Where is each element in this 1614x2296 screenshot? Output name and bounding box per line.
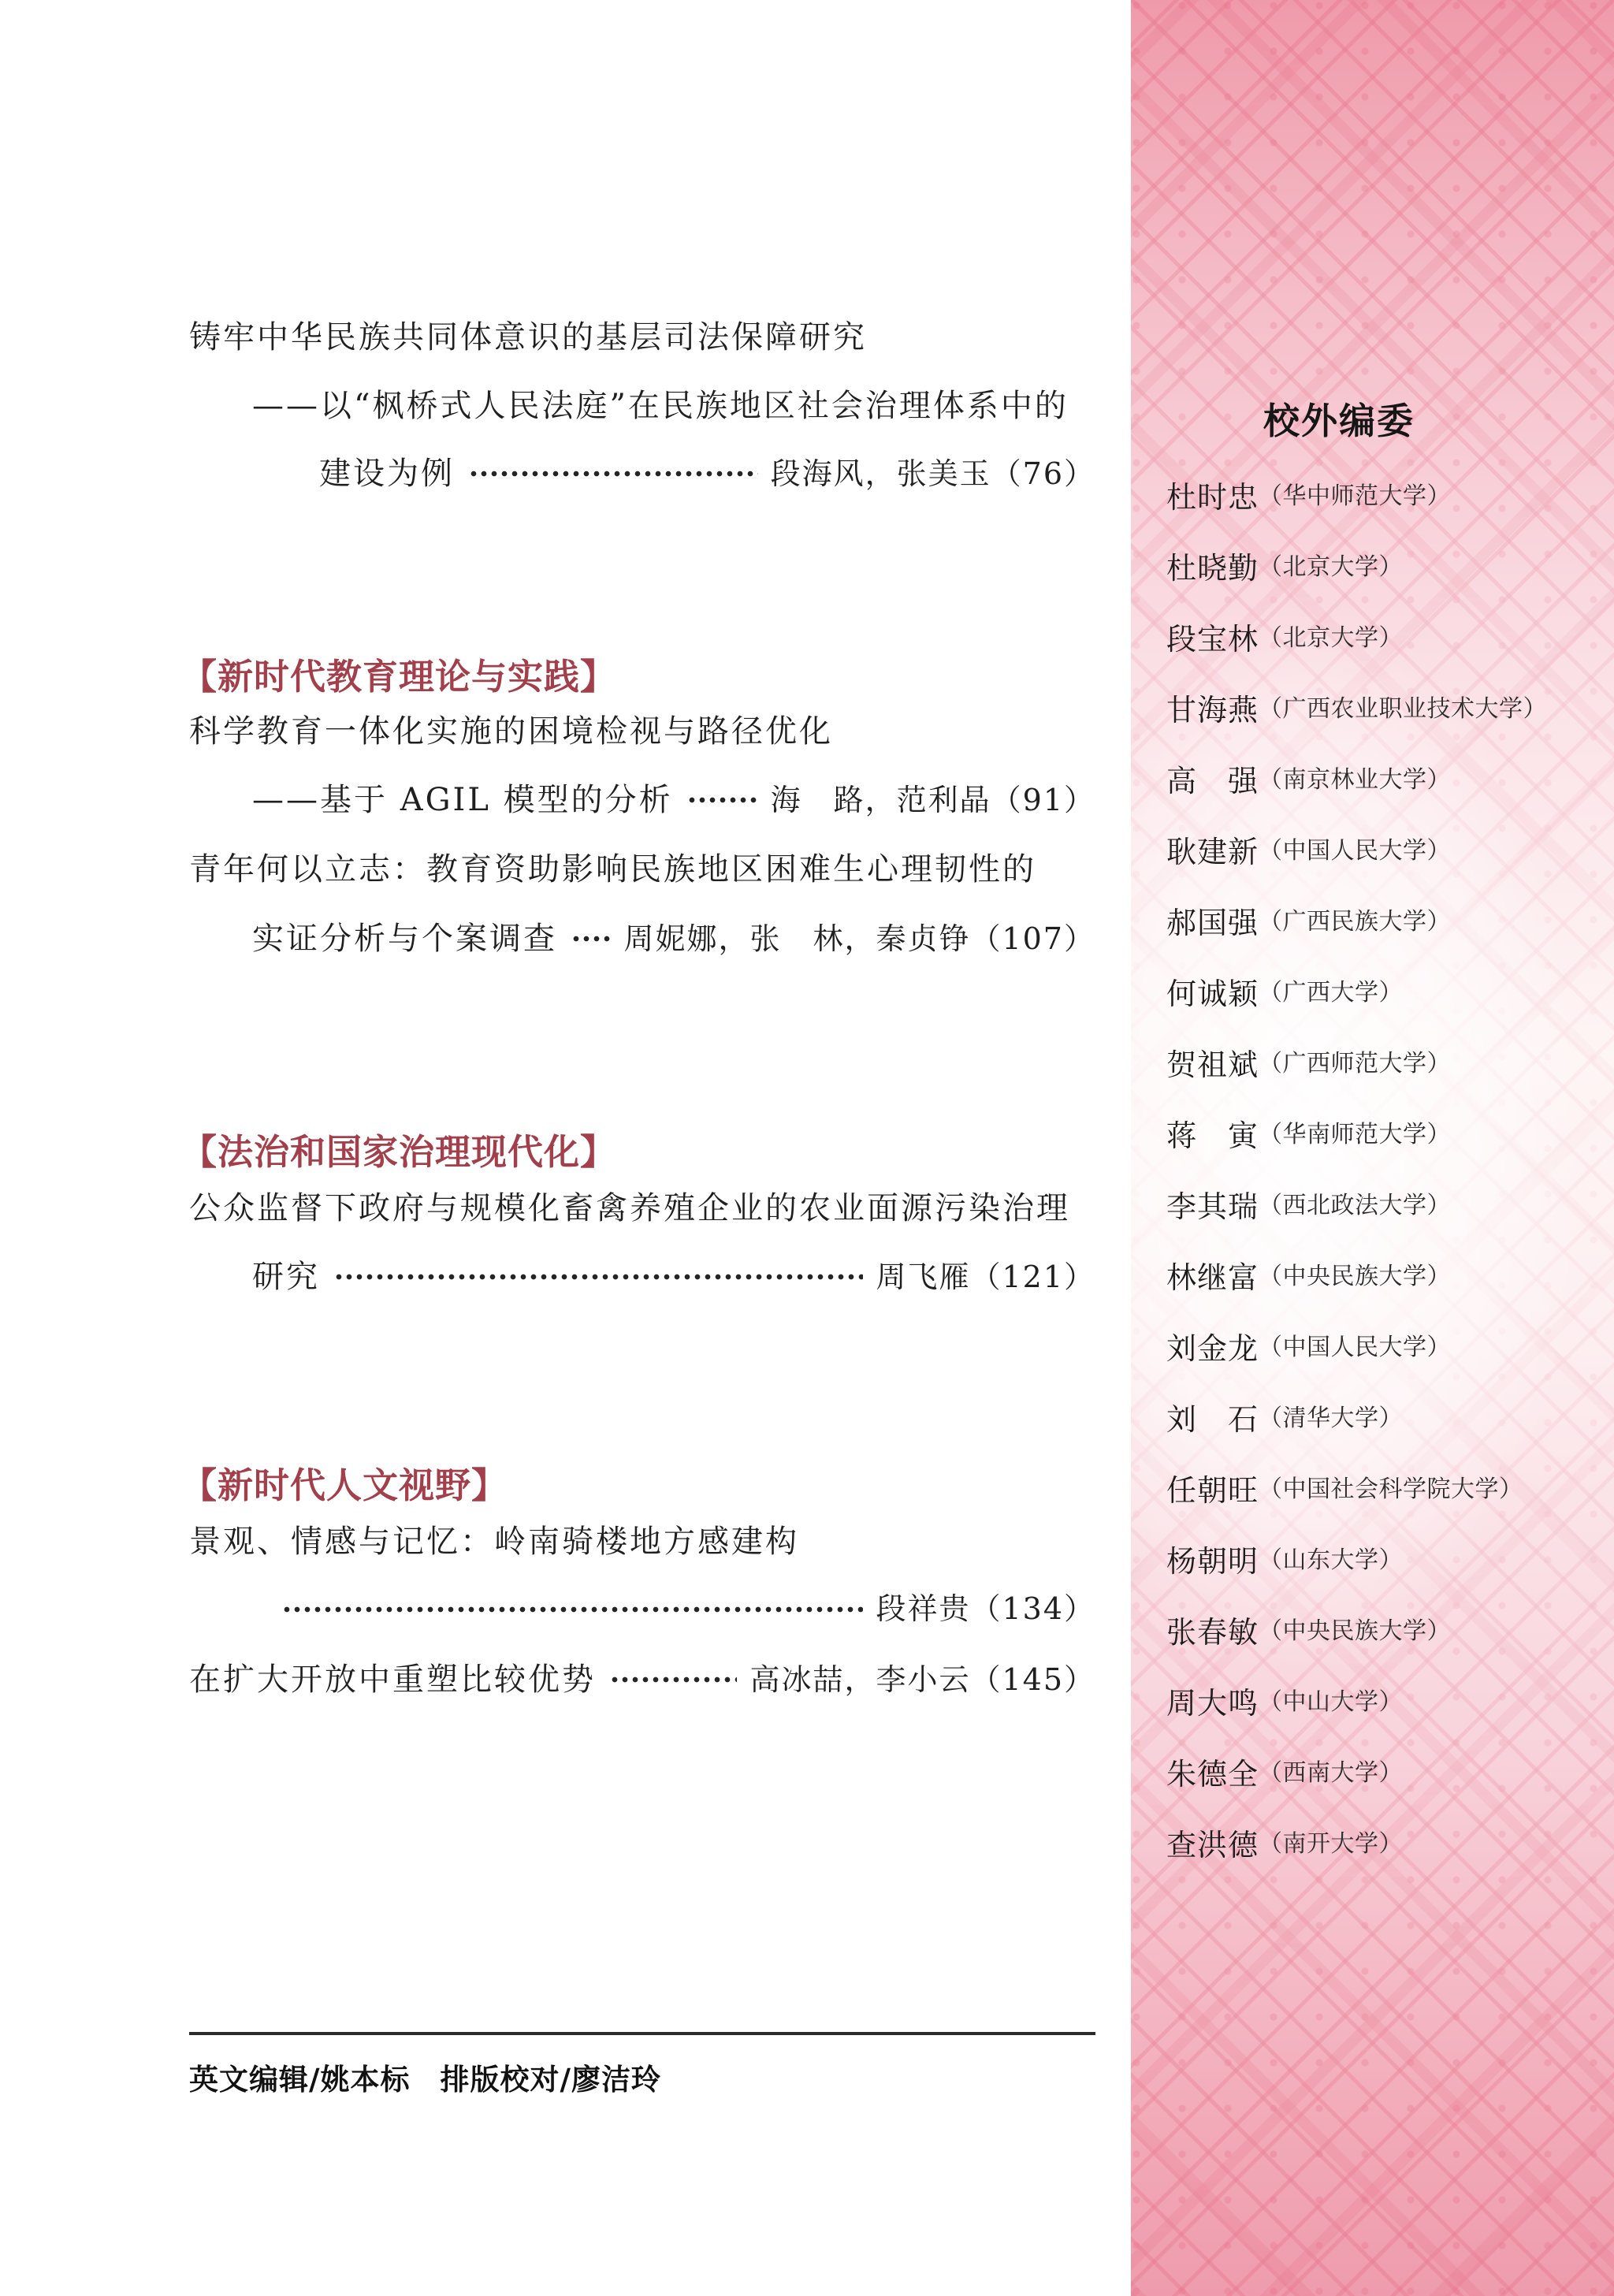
dot-leader <box>610 1675 737 1684</box>
board-member-affiliation: （中国人民大学） <box>1259 1327 1451 1364</box>
toc-entry-line: ——基于 AGIL 模型的分析 海 路，范利晶（91） <box>252 782 1095 818</box>
board-member-name: 杜时忠 <box>1166 473 1259 516</box>
board-member-row: 刘金龙（中国人民大学） <box>1166 1310 1608 1381</box>
section-header-law-governance: 【法治和国家治理现代化】 <box>181 1123 616 1174</box>
board-member-affiliation: （华中师范大学） <box>1259 476 1451 512</box>
board-member-row: 李其瑞（西北政法大学） <box>1166 1168 1608 1239</box>
dot-leader <box>334 1272 863 1282</box>
board-member-affiliation: （中国社会科学院大学） <box>1259 1469 1523 1505</box>
toc-entry-line: 段祥贵（134） <box>268 1592 1095 1627</box>
toc-article-title: 公众监督下政府与规模化畜禽养殖企业的农业面源污染治理 <box>189 1190 1070 1226</box>
board-member-affiliation: （北京大学） <box>1259 547 1403 583</box>
board-member-row: 何诚颖（广西大学） <box>1166 955 1608 1026</box>
board-member-row: 周大鸣（中山大学） <box>1166 1665 1608 1736</box>
board-member-affiliation: （中山大学） <box>1259 1682 1403 1718</box>
board-member-name: 耿建新 <box>1166 828 1259 871</box>
board-member-name: 查洪德 <box>1166 1821 1259 1864</box>
board-member-row: 杨朝明（山东大学） <box>1166 1523 1608 1594</box>
journal-toc-page: 铸牢中华民族共同体意识的基层司法保障研究 ——以“枫桥式人民法庭”在民族地区社会… <box>0 0 1614 2296</box>
board-member-row: 蒋 寅（华南师范大学） <box>1166 1097 1608 1168</box>
toc-entry-text: 建设为例 <box>319 456 455 492</box>
board-member-affiliation: （广西大学） <box>1259 973 1403 1009</box>
board-member-row: 张春敏（中央民族大学） <box>1166 1594 1608 1665</box>
board-member-row: 郝国强（广西民族大学） <box>1166 884 1608 955</box>
board-member-name: 李其瑞 <box>1166 1182 1259 1226</box>
board-member-name: 蒋 寅 <box>1166 1111 1259 1155</box>
board-member-row: 杜时忠（华中师范大学） <box>1166 459 1608 530</box>
dot-leader <box>469 469 758 478</box>
board-member-row: 查洪德（南开大学） <box>1166 1807 1608 1877</box>
board-member-affiliation: （广西民族大学） <box>1259 902 1451 938</box>
board-member-name: 高 强 <box>1166 757 1259 800</box>
toc-entry-authors-page: 高冰喆，李小云（145） <box>749 1663 1095 1698</box>
board-member-name: 杜晓勤 <box>1166 544 1259 587</box>
sidebar-title: 校外编委 <box>1263 393 1415 445</box>
toc-entry-authors-page: 周飞雁（121） <box>876 1260 1095 1295</box>
board-member-name: 段宝林 <box>1166 615 1259 658</box>
dot-leader <box>571 934 611 943</box>
board-member-affiliation: （北京大学） <box>1259 618 1403 654</box>
board-member-affiliation: （清华大学） <box>1259 1398 1403 1435</box>
toc-entry-authors-page: 段祥贵（134） <box>876 1592 1095 1627</box>
board-member-affiliation: （西南大学） <box>1259 1753 1403 1789</box>
toc-entry-line: 实证分析与个案调查 周妮娜，张 林，秦贞铮（107） <box>252 921 1095 957</box>
board-member-affiliation: （广西师范大学） <box>1259 1044 1451 1080</box>
editorial-board-sidebar: 校外编委 杜时忠（华中师范大学） 杜晓勤（北京大学） 段宝林（北京大学） 甘海燕… <box>1131 0 1614 2296</box>
toc-entry-text: ——基于 AGIL 模型的分析 <box>252 782 673 818</box>
board-member-name: 贺祖斌 <box>1166 1040 1259 1084</box>
board-member-name: 甘海燕 <box>1166 686 1259 729</box>
board-member-name: 郝国强 <box>1166 899 1259 942</box>
toc-article-title: 景观、情感与记忆：岭南骑楼地方感建构 <box>189 1524 799 1560</box>
board-member-name: 何诚颖 <box>1166 969 1259 1013</box>
board-member-name: 朱德全 <box>1166 1750 1259 1793</box>
board-member-affiliation: （山东大学） <box>1259 1540 1403 1576</box>
board-member-affiliation: （南开大学） <box>1259 1824 1403 1860</box>
toc-article-title: 铸牢中华民族共同体意识的基层司法保障研究 <box>189 319 867 355</box>
dot-leader <box>282 1605 863 1614</box>
footer-divider-line <box>189 2032 1095 2035</box>
board-member-affiliation: （华南师范大学） <box>1259 1115 1451 1151</box>
board-member-row: 杜晓勤（北京大学） <box>1166 530 1608 601</box>
toc-entry-text: 研究 <box>252 1259 320 1295</box>
section-header-humanities: 【新时代人文视野】 <box>181 1457 508 1508</box>
board-member-row: 高 强（南京林业大学） <box>1166 742 1608 813</box>
board-member-row: 林继富（中央民族大学） <box>1166 1239 1608 1310</box>
board-member-name: 刘金龙 <box>1166 1324 1259 1368</box>
board-member-name: 刘 石 <box>1166 1395 1259 1438</box>
board-member-row: 段宝林（北京大学） <box>1166 601 1608 672</box>
board-member-row: 朱德全（西南大学） <box>1166 1736 1608 1807</box>
toc-entry-line: 研究 周飞雁（121） <box>252 1259 1095 1295</box>
editorial-board-list: 杜时忠（华中师范大学） 杜晓勤（北京大学） 段宝林（北京大学） 甘海燕（广西农业… <box>1166 459 1608 1877</box>
board-member-affiliation: （中央民族大学） <box>1259 1611 1451 1647</box>
board-member-row: 贺祖斌（广西师范大学） <box>1166 1026 1608 1097</box>
board-member-name: 周大鸣 <box>1166 1679 1259 1722</box>
board-member-row: 耿建新（中国人民大学） <box>1166 813 1608 884</box>
toc-entry-authors-page: 段海风，张美玉（76） <box>771 457 1095 492</box>
board-member-row: 甘海燕（广西农业职业技术大学） <box>1166 672 1608 742</box>
section-header-education: 【新时代教育理论与实践】 <box>181 648 616 699</box>
board-member-name: 任朝旺 <box>1166 1466 1259 1509</box>
board-member-name: 杨朝明 <box>1166 1537 1259 1580</box>
toc-article-title: 科学教育一体化实施的困境检视与路径优化 <box>189 713 833 750</box>
toc-article-subtitle: ——以“枫桥式人民法庭”在民族地区社会治理体系中的 <box>252 388 1069 424</box>
toc-article-title: 青年何以立志：教育资助影响民族地区困难生心理韧性的 <box>189 851 1036 888</box>
footer-editor-credits: 英文编辑/姚本标 排版校对/廖洁玲 <box>189 2056 661 2098</box>
board-member-affiliation: （南京林业大学） <box>1259 760 1451 796</box>
board-member-row: 任朝旺（中国社会科学院大学） <box>1166 1452 1608 1523</box>
board-member-affiliation: （广西农业职业技术大学） <box>1259 689 1547 725</box>
toc-entry-text: 实证分析与个案调查 <box>252 921 557 957</box>
board-member-name: 林继富 <box>1166 1253 1259 1297</box>
toc-entry-line: 在扩大开放中重塑比较优势 高冰喆，李小云（145） <box>189 1662 1095 1698</box>
board-member-name: 张春敏 <box>1166 1608 1259 1651</box>
toc-entry-authors-page: 周妮娜，张 林，秦贞铮（107） <box>623 922 1095 957</box>
board-member-row: 刘 石（清华大学） <box>1166 1381 1608 1452</box>
board-member-affiliation: （中国人民大学） <box>1259 831 1451 867</box>
toc-entry-text: 在扩大开放中重塑比较优势 <box>189 1662 596 1698</box>
toc-entry-line: 建设为例 段海风，张美玉（76） <box>319 456 1095 492</box>
dot-leader <box>687 795 758 805</box>
board-member-affiliation: （西北政法大学） <box>1259 1185 1451 1222</box>
board-member-affiliation: （中央民族大学） <box>1259 1256 1451 1293</box>
toc-entry-authors-page: 海 路，范利晶（91） <box>771 783 1095 818</box>
